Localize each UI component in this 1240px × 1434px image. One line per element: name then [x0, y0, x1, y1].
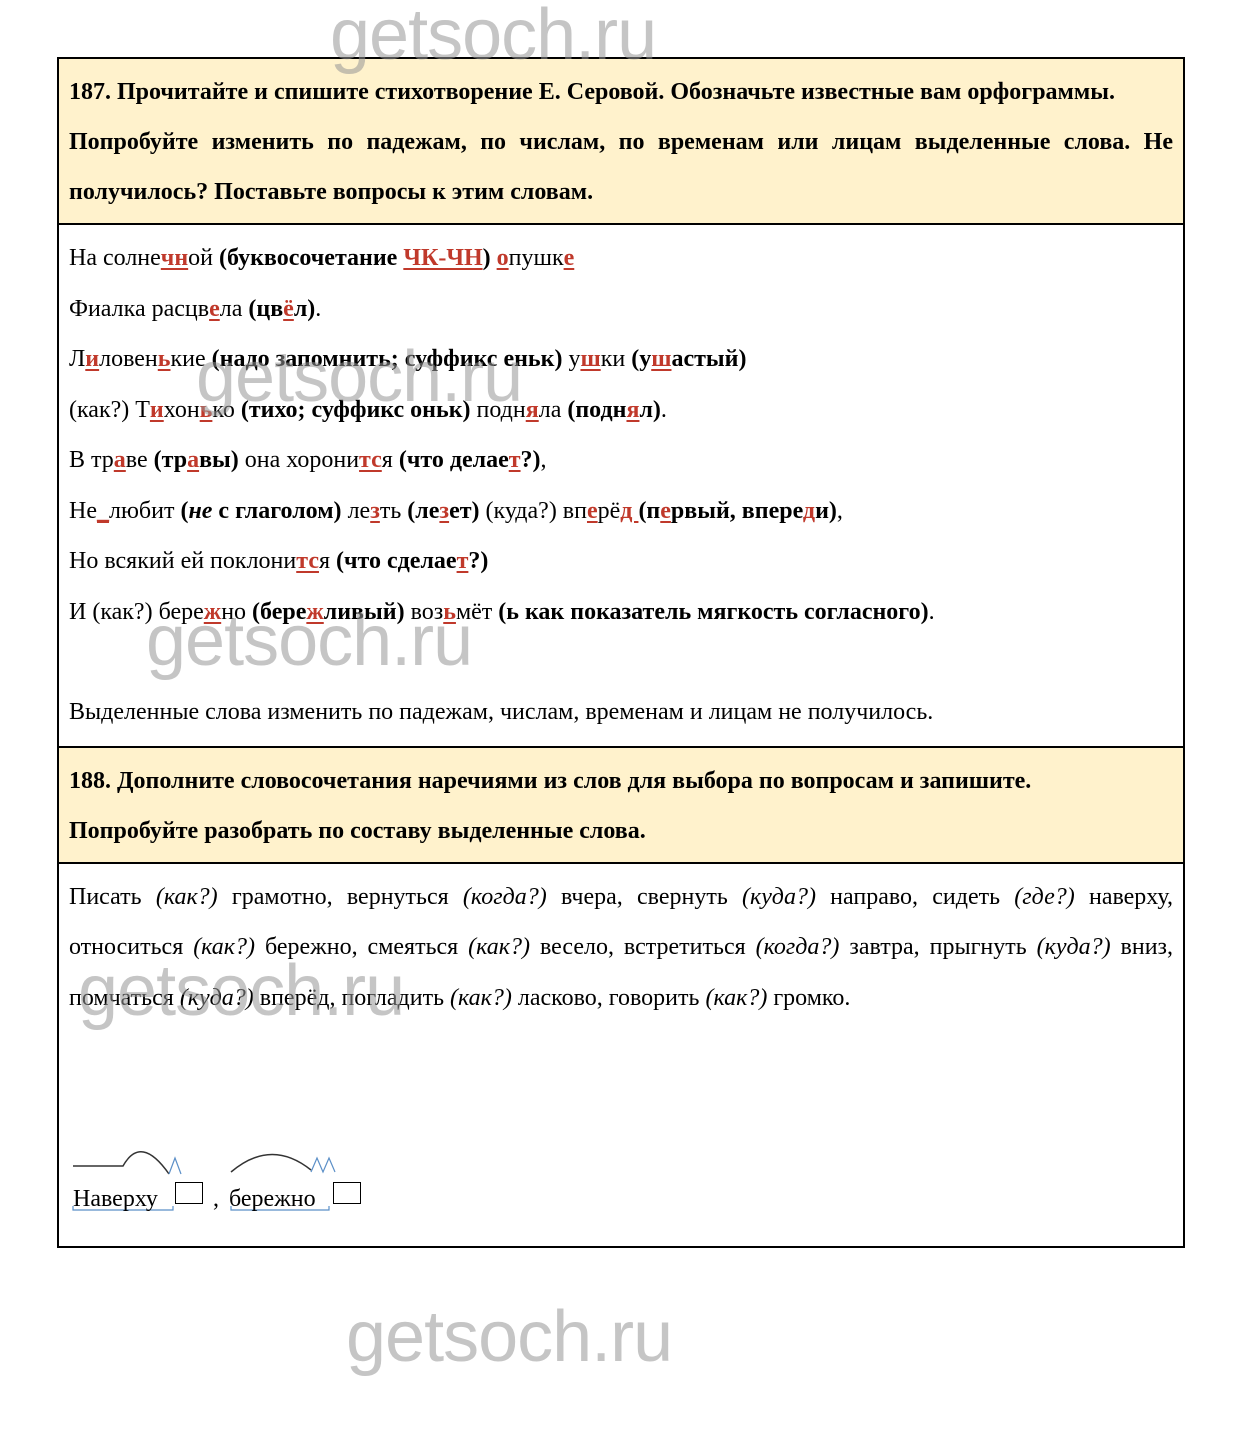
orthogram-mark: о: [497, 245, 509, 271]
orthogram-mark: е: [564, 245, 575, 271]
question-text: (как?): [156, 884, 218, 910]
text-segment: .: [315, 296, 321, 322]
text-segment: .: [929, 599, 935, 625]
explanation-text: (тр: [154, 447, 187, 473]
orthogram-mark: и: [150, 397, 164, 423]
orthogram-mark: е: [660, 498, 671, 524]
task-188: 188. Дополните словосочетания наречиями …: [59, 748, 1183, 864]
orthogram-mark: ж: [306, 599, 323, 625]
text-segment: грамотно, вернуться: [218, 884, 463, 910]
orthogram-mark: т: [509, 447, 521, 473]
orthogram-mark: ь: [200, 397, 213, 423]
orthogram-mark: д: [803, 498, 815, 524]
text-segment: вперёд, погладить: [254, 985, 450, 1011]
text-segment: ой: [188, 245, 219, 271]
orthogram-mark: ЧК-ЧН: [403, 245, 482, 271]
text-segment: На солне: [69, 245, 161, 271]
morpheme-word-naverkhu: Наверху: [73, 1174, 158, 1225]
text-segment: бережно, смеяться: [255, 934, 468, 960]
text-segment: кие: [170, 346, 211, 372]
text-segment: ки: [601, 346, 632, 372]
orthogram-mark: чн: [161, 245, 188, 271]
question-text: (куда?): [180, 985, 254, 1011]
orthogram-mark: тс: [296, 548, 319, 574]
poem-line: На солнечной (буквосочетание ЧК-ЧН) опуш…: [69, 233, 1173, 284]
text-segment: пушк: [509, 245, 564, 271]
orthogram-mark: ё: [283, 296, 294, 322]
question-text: (куда?): [742, 884, 816, 910]
text-segment: ласково, говорить: [512, 985, 706, 1011]
question-text: (когда?): [756, 934, 840, 960]
exercise-table: 187. Прочитайте и спишите стихотворение …: [57, 57, 1185, 1248]
text-segment: весело, встретиться: [530, 934, 756, 960]
text-segment: Не: [69, 498, 97, 524]
text-segment: Но всякий ей поклони: [69, 548, 296, 574]
text-segment: хон: [164, 397, 200, 423]
text-segment: громко.: [767, 985, 850, 1011]
text-segment: она хорони: [239, 447, 359, 473]
text-segment: ле: [342, 498, 371, 524]
text-segment: ловен: [99, 346, 158, 372]
explanation-text: (тихо; суффикс оньк): [241, 397, 471, 423]
explanation-text: ет): [449, 498, 479, 524]
poem-line: Выделенные слова изменить по падежам, чи…: [69, 687, 1173, 738]
text-segment: подн: [471, 397, 526, 423]
text-segment: ть: [380, 498, 407, 524]
explanation-text: л): [639, 397, 660, 423]
explanation-text: (у: [631, 346, 651, 372]
text-segment: ла: [539, 397, 568, 423]
explanation-text: и): [815, 498, 837, 524]
question-text: (когда?): [463, 884, 547, 910]
explanation-text: ): [483, 245, 491, 271]
orthogram-mark: и: [85, 346, 99, 372]
orthogram-mark: ж: [204, 599, 221, 625]
text-segment: я: [382, 447, 399, 473]
text-segment: я: [319, 548, 336, 574]
poem-line: Но всякий ей поклонится (что сделает?): [69, 536, 1173, 587]
text-segment: ,: [837, 498, 843, 524]
watermark: getsoch.ru: [346, 1296, 672, 1378]
question-text: (как?): [468, 934, 530, 960]
question-text: (где?): [1014, 884, 1074, 910]
explanation-text: (что делае: [399, 447, 509, 473]
explanation-text: (буквосочетание: [219, 245, 403, 271]
poem-line: [69, 637, 1173, 687]
explanation-text: ливый): [324, 599, 405, 625]
poem-line: Фиалка расцвела (цвёл).: [69, 284, 1173, 335]
text-segment: направо, сидеть: [816, 884, 1014, 910]
text-segment: рё: [598, 498, 621, 524]
explanation-text: рвый, впере: [671, 498, 803, 524]
text-segment: (как?) Т: [69, 397, 150, 423]
poem-line: В траве (травы) она хоронится (что делае…: [69, 435, 1173, 486]
poem-line: (как?) Тихонько (тихо; суффикс оньк) под…: [69, 385, 1173, 436]
task-187: 187. Прочитайте и спишите стихотворение …: [59, 59, 1183, 225]
orthogram-mark: д: [620, 498, 638, 524]
text-segment: мёт: [456, 599, 498, 625]
explanation-text: л): [294, 296, 315, 322]
question-text: (как?): [193, 934, 255, 960]
text-segment: В тр: [69, 447, 114, 473]
explanation-text: (бере: [252, 599, 306, 625]
text-segment: Л: [69, 346, 85, 372]
text-segment: вчера, свернуть: [547, 884, 742, 910]
text-segment: .: [661, 397, 667, 423]
orthogram-mark: ь: [158, 346, 171, 372]
morpheme-analysis: Наверху , бережно: [71, 1144, 471, 1224]
explanation-text: (цв: [248, 296, 283, 322]
orthogram-mark: е: [209, 296, 220, 322]
text-segment: ,: [541, 447, 547, 473]
explanation-text: ?): [521, 447, 541, 473]
orthogram-mark: я: [626, 397, 639, 423]
orthogram-mark: а: [114, 447, 126, 473]
text-segment: ве: [126, 447, 154, 473]
orthogram-mark: я: [526, 397, 539, 423]
ending-box-icon: [175, 1182, 203, 1204]
question-text: (куда?): [1037, 934, 1111, 960]
text-segment: любит: [109, 498, 180, 524]
explanation-text: астый): [671, 346, 746, 372]
text-segment: (куда?) вп: [480, 498, 587, 524]
task-188-title: 188. Дополните словосочетания наречиями …: [69, 756, 1173, 806]
explanation-text: с глаголом): [212, 498, 341, 524]
text-segment: завтра, прыгнуть: [839, 934, 1036, 960]
poem-line: Лиловенькие (надо запомнить; суффикс ень…: [69, 334, 1173, 385]
explanation-text: (ь как показатель мягкость согласного): [498, 599, 928, 625]
explanation-text: (что сделае: [336, 548, 457, 574]
orthogram-mark: ш: [580, 346, 600, 372]
text-segment: у: [562, 346, 580, 372]
explanation-text: вы): [199, 447, 239, 473]
text-segment: но: [221, 599, 252, 625]
ending-box-icon: [333, 1182, 361, 1204]
question-text: (как?): [705, 985, 767, 1011]
text-segment: ла: [220, 296, 249, 322]
explanation-text: (подн: [567, 397, 626, 423]
orthogram-mark: з: [439, 498, 449, 524]
answer-188-text: Писать (как?) грамотно, вернуться (когда…: [69, 872, 1173, 1024]
text-segment: И (как?) бере: [69, 599, 204, 625]
orthogram-mark: ь: [443, 599, 456, 625]
orthogram-mark: ш: [651, 346, 671, 372]
task-187-title: 187. Прочитайте и спишите стихотворение …: [69, 67, 1173, 117]
text-segment: ко: [212, 397, 240, 423]
orthogram-mark: а: [187, 447, 199, 473]
orthogram-mark: з: [370, 498, 380, 524]
orthogram-mark: е: [587, 498, 598, 524]
text-segment: Писать: [69, 884, 156, 910]
explanation-text: не: [188, 498, 212, 524]
orthogram-mark: т: [457, 548, 469, 574]
text-segment: воз: [405, 599, 444, 625]
poem-line: Не_любит (не с глаголом) лезть (лезет) (…: [69, 486, 1173, 537]
morpheme-word-berezhno: бережно: [229, 1174, 316, 1225]
explanation-text: (надо запомнить; суффикс еньк): [212, 346, 563, 372]
task-187-instruction: Попробуйте изменить по падежам, по числа…: [69, 117, 1173, 217]
task-188-instruction: Попробуйте разобрать по составу выделенн…: [69, 806, 1173, 856]
explanation-text: (п: [638, 498, 660, 524]
answer-187: На солнечной (буквосочетание ЧК-ЧН) опуш…: [59, 225, 1183, 748]
poem-line: И (как?) бережно (бережливый) возьмёт (ь…: [69, 587, 1173, 638]
orthogram-mark: _: [97, 498, 109, 524]
morpheme-separator: ,: [213, 1174, 219, 1225]
question-text: (как?): [450, 985, 512, 1011]
text-segment: Выделенные слова изменить по падежам, чи…: [69, 699, 933, 725]
orthogram-mark: тс: [359, 447, 382, 473]
explanation-text: ?): [468, 548, 488, 574]
answer-188: Писать (как?) грамотно, вернуться (когда…: [59, 864, 1183, 1246]
explanation-text: (ле: [407, 498, 439, 524]
text-segment: Фиалка расцв: [69, 296, 209, 322]
